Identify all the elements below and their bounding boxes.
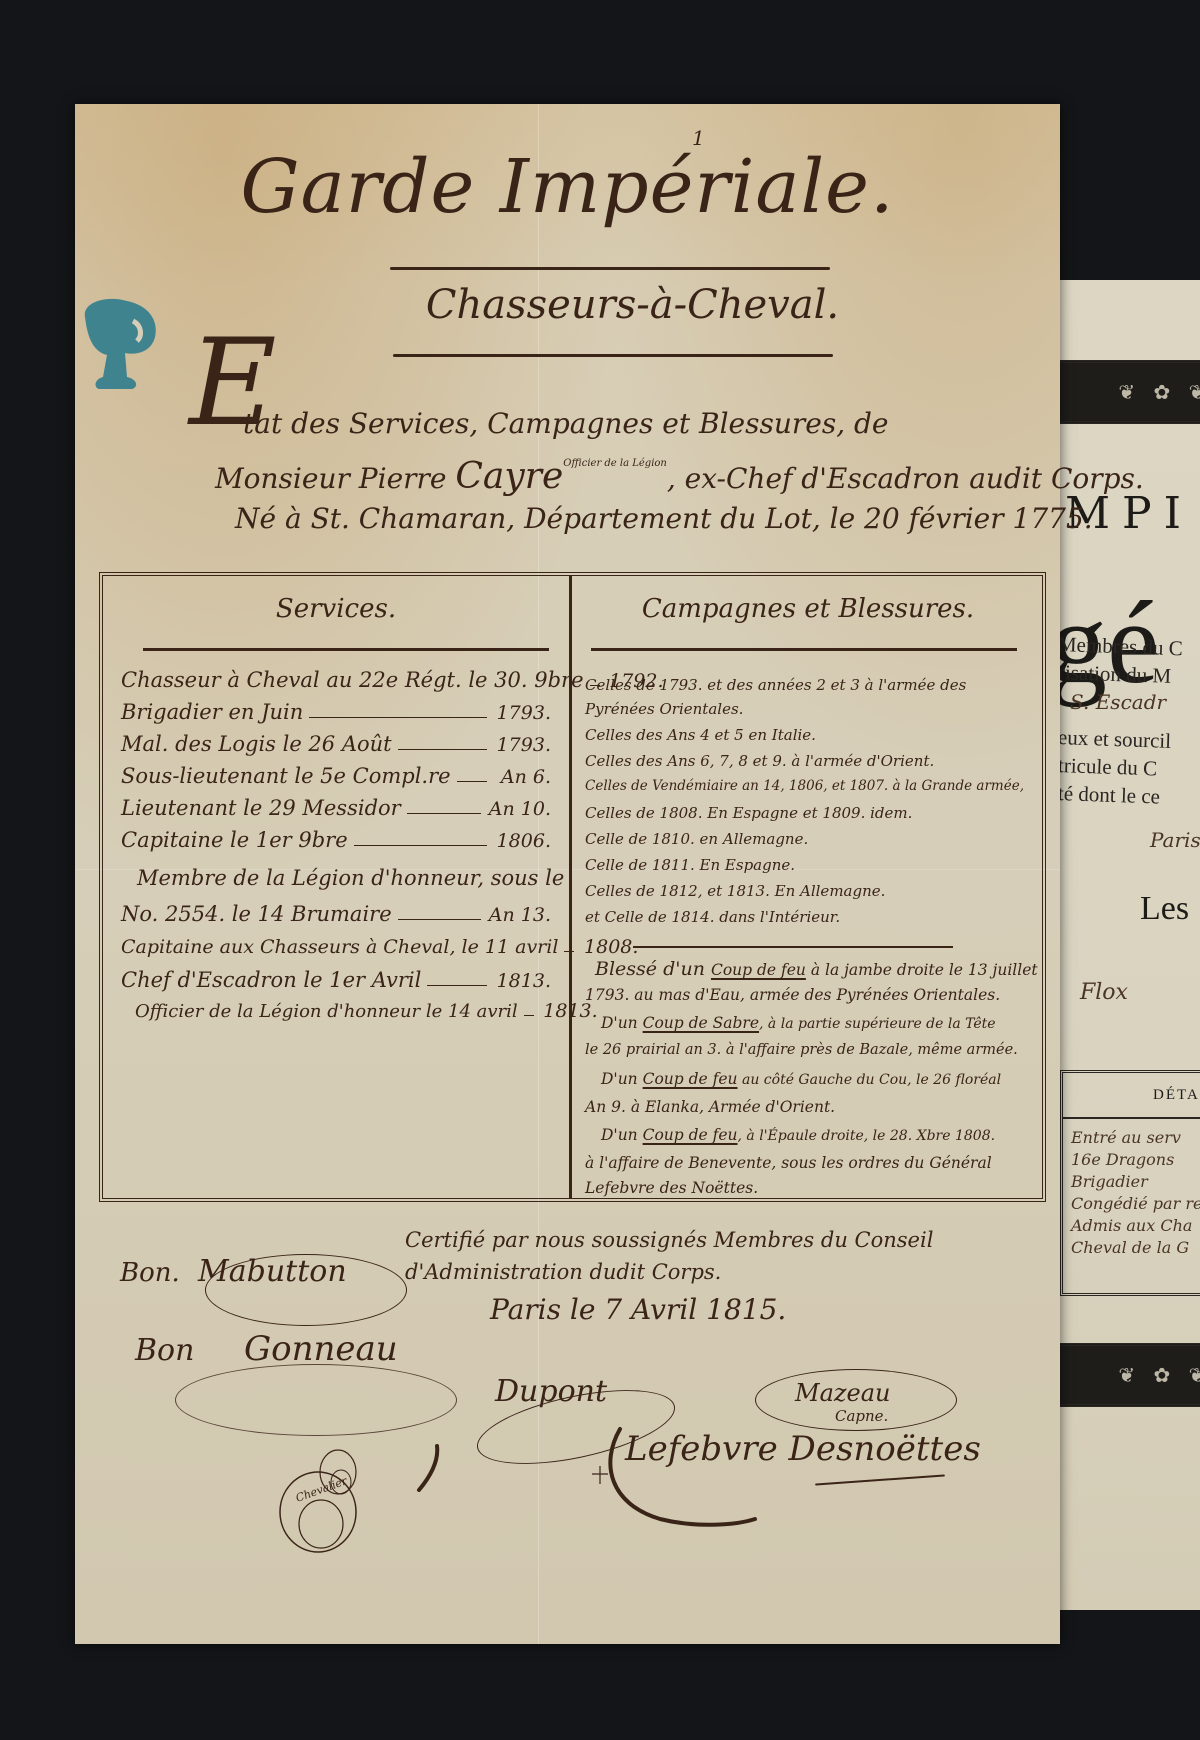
service-year: 1806. [495,830,551,852]
campaign-line: Celles des Ans 4 et 5 en Italie. [585,726,1033,744]
service-label: Membre de la Légion d'honneur, sous le [137,866,564,890]
service-row: Chef d'Escadron le 1er Avril1813. [121,968,551,992]
soldier-name: Cayre [455,456,563,497]
right-detail-line: Congédié par ren [1063,1193,1200,1215]
ornamental-border-top: ❦ ✿ ❦ ✿ ❦ [1060,360,1200,424]
service-label: Capitaine le 1er 9bre [121,828,348,852]
right-handwritten-fragment: Paris [1150,828,1200,852]
ink-stroke-icon [415,1444,445,1494]
campaign-line: Celles de Vendémiaire an 14, 1806, et 18… [585,778,1033,794]
wound-line: D'un Coup de feu, à l'Épaule droite, le … [601,1126,1033,1144]
right-printed-line: eux et sourcil [1058,725,1172,754]
campaigns-header: Campagnes et Blessures. [573,594,1043,624]
wound-line: D'un Coup de feu au côté Gauche du Cou, … [601,1070,1033,1088]
campaigns-wounds-separator [633,946,953,948]
service-label: Brigadier en Juin [121,700,303,724]
intro-paragraph: E tat des Services, Campagnes et Blessur… [195,404,1055,539]
signature-flourish [205,1254,407,1326]
wound-line: Lefebvre des Noëttes. [585,1179,1033,1197]
right-detail-line: 16e Dragons [1063,1149,1200,1171]
name-superscript: Officier de la Légion [563,458,667,469]
service-row: Membre de la Légion d'honneur, sous le [137,866,551,890]
signature: Bon Gonneau [135,1329,398,1369]
right-printed-line: tricule du C [1058,753,1158,781]
intro-line-2: Monsieur Pierre CayreOfficier de la Légi… [195,444,1055,499]
campaign-line: Celles des Ans 6, 7, 8 et 9. à l'armée d… [585,752,1033,770]
service-row: Sous-lieutenant le 5e Compl.reAn 6. [121,764,551,788]
certification-line-2: d'Administration dudit Corps. [405,1256,933,1288]
service-year: 1793. [495,702,551,724]
services-header: Services. [103,594,569,624]
service-label: Mal. des Logis le 26 Août [121,732,392,756]
wound-line: An 9. à Elanka, Armée d'Orient. [585,1098,1033,1116]
right-detail-line: Admis aux Cha [1063,1215,1200,1237]
campaign-line: Celle de 1810. en Allemagne. [585,830,1033,848]
campaign-line: Pyrénées Orientales. [585,700,1033,718]
service-row: Lieutenant le 29 MessidorAn 10. [121,796,551,820]
wound-type: Coup de Sabre [643,1014,759,1032]
service-label: Sous-lieutenant le 5e Compl.re [121,764,451,788]
campaign-line: Celles de 1808. En Espagne et 1809. idem… [585,804,1033,822]
wound-line: Blessé d'un Coup de feu à la jambe droit… [595,958,1033,980]
wound-line: D'un Coup de Sabre, à la partie supérieu… [601,1014,1033,1032]
subtitle-rule [393,354,833,357]
campaigns-header-rule [591,648,1017,651]
wound-line: à l'affaire de Benevente, sous les ordre… [585,1154,1033,1172]
service-label: Chef d'Escadron le 1er Avril [121,968,421,992]
services-column: Services. Chasseur à Cheval au 22e Régt.… [103,576,569,1198]
intro-line-1: tat des Services, Campagnes et Blessures… [195,404,1055,444]
intro-line-2-prefix: Monsieur Pierre [215,462,446,495]
service-label: Officier de la Légion d'honneur le 14 av… [135,1001,518,1022]
service-row: Chasseur à Cheval au 22e Régt. le 30. 9b… [121,668,551,692]
right-printed-line: té dont le ce [1058,781,1161,810]
right-detail-box: DÉTA Entré au serv 16e Dragons Brigadier… [1060,1070,1200,1296]
signature-sweep-icon [590,1424,760,1534]
wound-line: 1793. au mas d'Eau, armée des Pyrénées O… [585,986,1033,1004]
service-row: Brigadier en Juin1793. [121,700,551,724]
service-year: 1813. [495,970,551,992]
campaigns-column: Campagnes et Blessures. Celles de 1793. … [573,576,1043,1198]
right-detail-line: Entré au serv [1063,1119,1200,1149]
decorative-initial: E [189,324,277,444]
service-label: Chasseur à Cheval au 22e Régt. le 30. 9b… [121,668,584,692]
service-row: Mal. des Logis le 26 Août1793. [121,732,551,756]
service-year: An 6. [495,766,551,788]
service-row: Capitaine aux Chasseurs à Cheval, le 11 … [121,936,551,958]
signature-flourish [755,1369,957,1431]
certification: Certifié par nous soussignés Membres du … [405,1224,933,1326]
service-row: Capitaine le 1er 9bre1806. [121,828,551,852]
document-title: Garde Impériale. [75,144,1060,230]
paraph-seal-icon: Chevalier [273,1442,373,1562]
intro-line-2-suffix: , ex-Chef d'Escadron audit Corps. [667,462,1144,495]
main-document: 1 Garde Impériale. Chasseurs-à-Cheval. E… [75,104,1060,1644]
right-signature: Flox [1080,980,1128,1005]
right-detail-line: Cheval de la G [1063,1237,1200,1259]
certification-line-1: Certifié par nous soussignés Membres du … [405,1224,933,1256]
service-label: Capitaine aux Chasseurs à Cheval, le 11 … [121,936,558,958]
wound-line: le 26 prairial an 3. à l'affaire près de… [585,1042,1033,1058]
campaign-line: Celles de 1793. et des années 2 et 3 à l… [585,676,1033,694]
service-label: No. 2554. le 14 Brumaire [121,902,392,926]
signature-flourish [175,1364,457,1436]
wound-type: Coup de feu [643,1126,738,1144]
wound-type: Coup de feu [643,1070,738,1088]
right-handwritten-fragment: S. Escadr [1070,690,1166,714]
right-detail-header: DÉTA [1063,1073,1200,1119]
right-detail-line: Brigadier [1063,1171,1200,1193]
right-les-word: Les [1140,890,1189,928]
wound-type: Coup de feu [711,961,806,979]
services-header-rule [143,648,549,651]
service-year: An 10. [489,798,551,820]
services-table: Services. Chasseur à Cheval au 22e Régt.… [99,572,1046,1202]
service-label: Lieutenant le 29 Messidor [121,796,401,820]
service-year: 1793. [495,734,551,756]
signature-underline [815,1474,945,1485]
right-printed-line: risation du M [1058,660,1172,689]
intro-line-3: Né à St. Chamaran, Département du Lot, l… [195,499,1055,539]
ornamental-border-bottom: ❦ ✿ ❦ ✿ ❦ [1060,1343,1200,1407]
campaign-line: Celle de 1811. En Espagne. [585,856,1033,874]
right-printed-line: Membres du C [1058,632,1184,661]
campaign-line: et Celle de 1814. dans l'Intérieur. [585,908,1033,926]
title-rule [390,267,830,270]
campaign-line: Celles de 1812, et 1813. En Allemagne. [585,882,1033,900]
service-row: Officier de la Légion d'honneur le 14 av… [135,1000,551,1022]
service-year: An 13. [489,904,551,926]
service-row: No. 2554. le 14 BrumaireAn 13. [121,902,551,926]
certification-place-date: Paris le 7 Avril 1815. [405,1294,933,1326]
